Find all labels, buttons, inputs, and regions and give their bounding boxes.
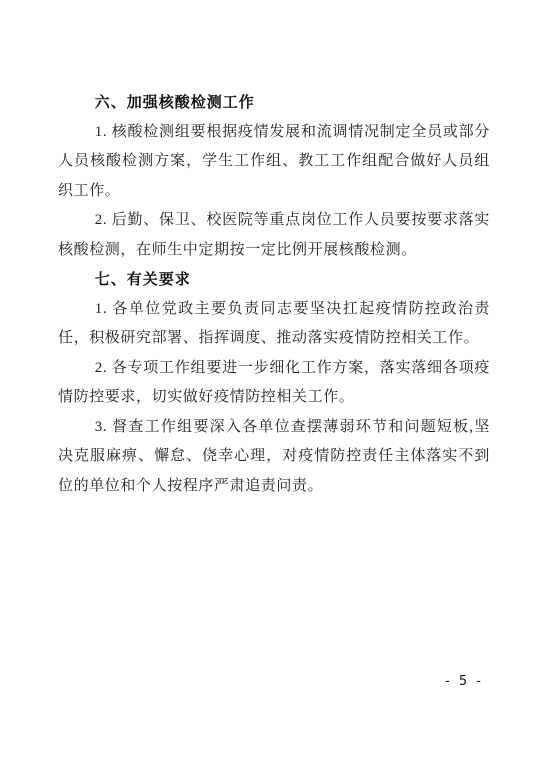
paragraph: 3. 督查工作组要深入各单位查摆薄弱环节和问题短板,坚决克服麻痹、懈怠、侥幸心理… xyxy=(58,413,490,502)
section-heading-nucleic-acid-testing: 六、加强核酸检测工作 xyxy=(58,88,490,118)
section-heading-requirements: 七、有关要求 xyxy=(58,265,490,295)
paragraph: 1. 各单位党政主要负责同志要坚决扛起疫情防控政治责任，积极研究部署、指挥调度、… xyxy=(58,295,490,354)
document-body: 六、加强核酸检测工作 1. 核酸检测组要根据疫情发展和流调情况制定全员或部分人员… xyxy=(58,88,490,501)
paragraph: 2. 各专项工作组要进一步细化工作方案，落实落细各项疫情防控要求，切实做好疫情防… xyxy=(58,354,490,413)
document-page: 六、加强核酸检测工作 1. 核酸检测组要根据疫情发展和流调情况制定全员或部分人员… xyxy=(0,0,547,763)
paragraph: 2. 后勤、保卫、校医院等重点岗位工作人员要按要求落实核酸检测，在师生中定期按一… xyxy=(58,206,490,265)
page-number: - 5 - xyxy=(445,672,483,692)
paragraph: 1. 核酸检测组要根据疫情发展和流调情况制定全员或部分人员核酸检测方案，学生工作… xyxy=(58,118,490,207)
